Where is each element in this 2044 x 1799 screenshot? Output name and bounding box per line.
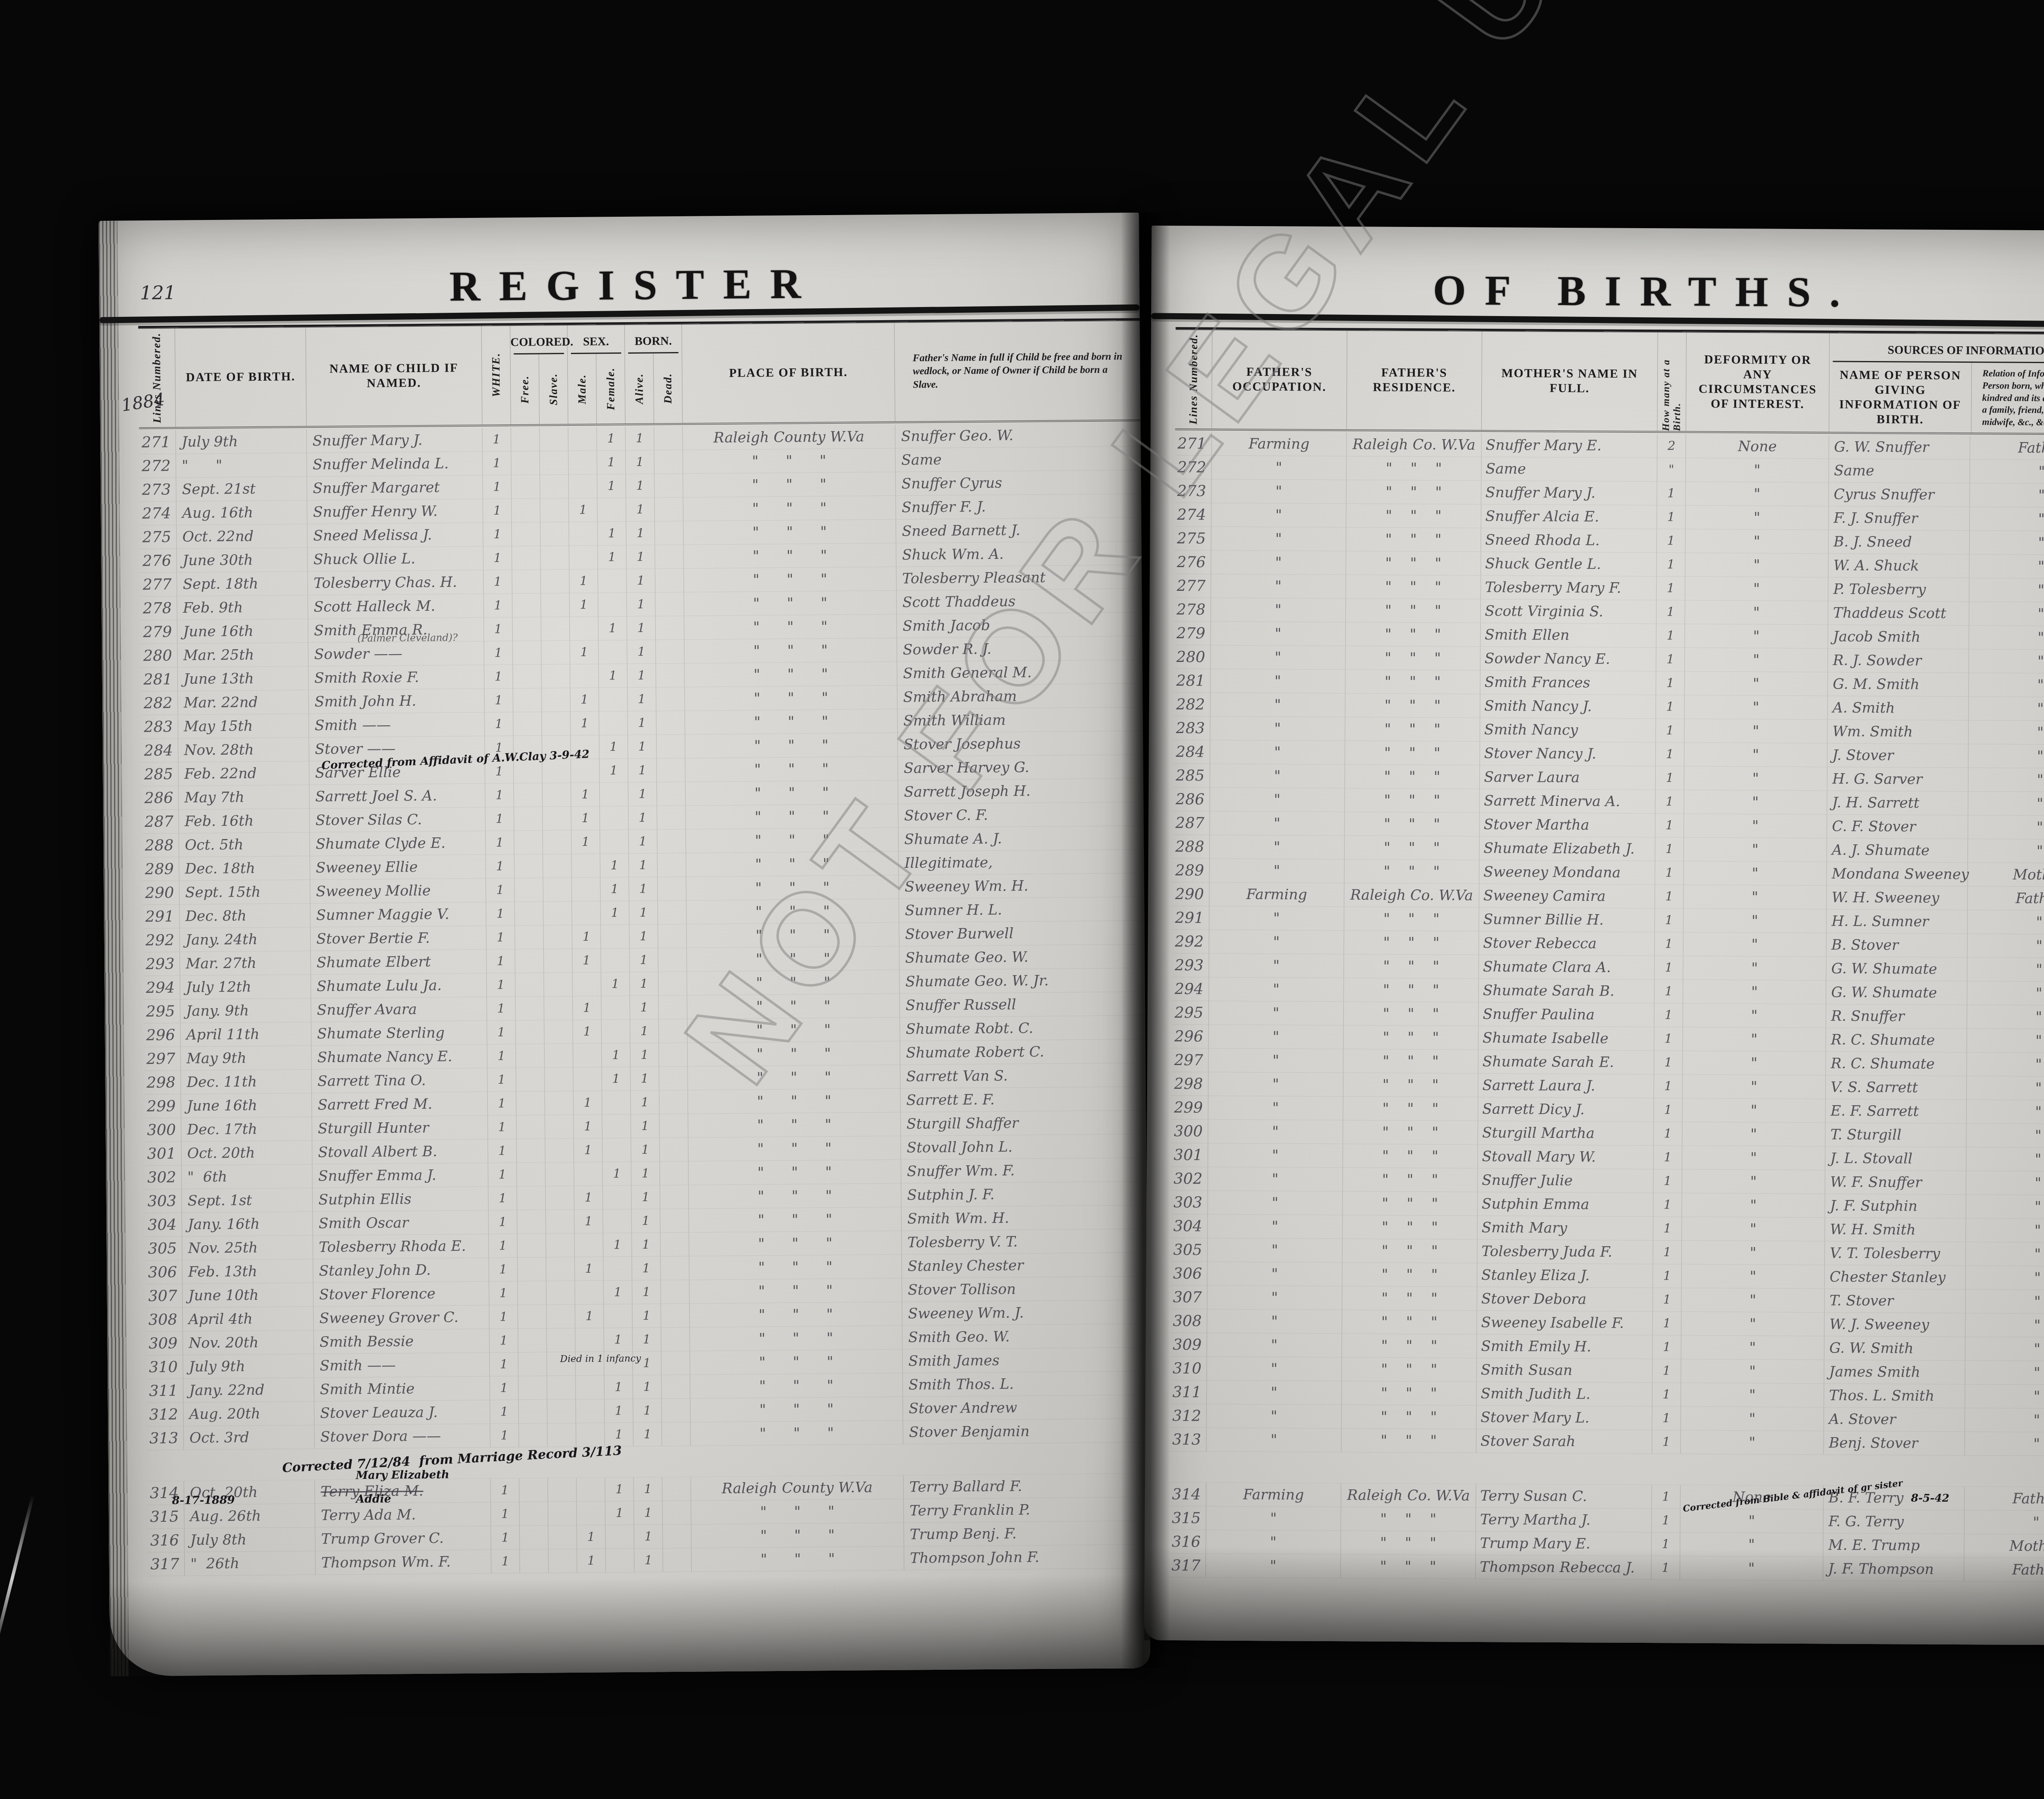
cell-child-name: Stover Florence — [313, 1282, 489, 1306]
cell-father-residence: " " " — [1345, 765, 1480, 789]
date-text: Aug. 26th — [190, 1508, 261, 1525]
date-text: June 30th — [182, 552, 253, 569]
cell-child-name: Sowder —— — [308, 642, 484, 666]
cell-white-mark: 1 — [489, 1305, 518, 1329]
cell-how-many-at-birth: 1 — [1657, 529, 1685, 552]
cell-how-many-at-birth: 1 — [1656, 790, 1684, 813]
cell-alive-mark: 1 — [625, 426, 654, 450]
cell-female-mark — [603, 1209, 632, 1233]
cell-child-name: Sumner Maggie V. — [310, 902, 486, 927]
cell-child-name: Snuffer Margaret — [307, 476, 483, 500]
cell-alive-mark: 1 — [632, 1304, 661, 1328]
cell-father-name: Snuffer Geo. W. — [895, 423, 1141, 448]
cell-deformity: " — [1682, 1193, 1825, 1218]
cell-line-number: 275 — [140, 525, 177, 549]
cell-free-mark — [511, 499, 540, 523]
date-text: Feb. 9th — [183, 599, 243, 616]
cell-child-name: Shumate Sterling — [311, 1021, 487, 1045]
cell-alive-mark: 1 — [632, 1256, 661, 1280]
cell-father-residence: Raleigh Co. W.Va — [1347, 433, 1481, 457]
cell-line-number: 302 — [145, 1166, 182, 1189]
cell-slave-mark — [540, 427, 568, 451]
cell-deformity: " — [1683, 1027, 1826, 1052]
cell-line-number: 288 — [142, 834, 179, 857]
column-header-informant-name: NAME OF PERSON GIVING INFORMATION OF BIR… — [1829, 362, 1972, 433]
cell-place-of-birth: " " " — [689, 1231, 902, 1256]
cell-how-many-at-birth: 1 — [1657, 482, 1686, 505]
cell-date-of-birth: July 9th — [176, 429, 307, 454]
child-name-text: Tolesberry Rhoda E. — [319, 1238, 466, 1256]
cell-free-mark — [518, 1258, 546, 1281]
cell-place-of-birth: " " " — [690, 1302, 902, 1327]
cell-alive-mark: 1 — [633, 1375, 661, 1399]
cell-informant-name: G. W. Shumate — [1826, 980, 1967, 1005]
cell-free-mark — [518, 1234, 546, 1258]
cell-female-mark: 1 — [602, 1043, 630, 1067]
cell-white-mark: 1 — [486, 902, 515, 926]
cell-father-occupation: " — [1210, 669, 1345, 693]
cell-deformity: " — [1682, 1241, 1825, 1265]
cell-dead-mark — [657, 758, 685, 782]
cell-informant-name: P. Tolesberry — [1828, 577, 1969, 601]
cell-male-mark: 1 — [569, 569, 598, 593]
cell-father-occupation: " — [1207, 1357, 1342, 1381]
cell-alive-mark: 1 — [630, 996, 659, 1019]
child-name-text: Shumate Clyde E. — [316, 835, 446, 852]
cell-alive-mark: 1 — [633, 1422, 662, 1446]
cell-child-name: Smith Mintie — [314, 1377, 490, 1401]
cell-female-mark: 1 — [602, 1067, 630, 1091]
cell-mother-name: Snuffer Mary J. — [1481, 481, 1657, 505]
cell-deformity: " — [1684, 861, 1827, 886]
child-name-text: Sturgill Hunter — [318, 1119, 429, 1137]
cell-date-of-birth: Nov. 20th — [183, 1330, 314, 1355]
cell-informant-relation: " — [1967, 958, 2044, 982]
cell-date-of-birth: July 9th — [183, 1354, 314, 1379]
cell-free-mark — [518, 1376, 547, 1400]
cell-alive-mark: 1 — [630, 972, 659, 996]
book-gutter-shadow — [1121, 213, 1170, 1668]
cell-line-number: 287 — [142, 810, 179, 834]
cell-child-name: Smith Oscar — [313, 1211, 489, 1235]
cell-child-name: Stover Dora —— — [314, 1424, 490, 1449]
cell-slave-mark — [544, 949, 572, 973]
cell-informant-name: W. H. Smith — [1825, 1218, 1966, 1242]
cell-father-occupation: " — [1208, 1214, 1342, 1238]
cell-date-of-birth: Dec. 8th — [179, 904, 310, 928]
cell-father-residence: " " " — [1345, 859, 1479, 884]
column-header-date-of-birth: DATE OF BIRTH. — [175, 327, 307, 427]
cell-free-mark — [518, 1329, 547, 1353]
cell-deformity: " — [1681, 1265, 1824, 1289]
cell-mother-name: Shumate Elizabeth J. — [1479, 837, 1655, 861]
cell-child-name: Snuffer Henry W. — [307, 499, 483, 524]
cell-slave-mark — [546, 1257, 575, 1281]
cell-mother-name: Sarrett Laura J. — [1478, 1074, 1654, 1098]
cell-male-mark: 1 — [570, 688, 599, 711]
cell-date-of-birth: " " — [176, 453, 307, 478]
cell-child-name: Sarrett Joel S. A. — [309, 784, 485, 808]
cell-dead-mark — [658, 924, 687, 948]
cell-slave-mark — [542, 688, 570, 712]
cell-father-occupation: " — [1208, 1167, 1343, 1191]
cell-line-number: 271 — [1175, 432, 1212, 455]
cell-deformity: " — [1683, 1051, 1826, 1075]
date-text: July 8th — [190, 1532, 247, 1548]
cell-child-name: Tolesberry Rhoda E. — [313, 1234, 489, 1259]
cell-free-mark — [513, 689, 542, 712]
cell-white-mark: 1 — [484, 570, 512, 594]
cell-free-mark — [514, 807, 542, 831]
cell-female-mark: 1 — [599, 759, 628, 783]
cell-slave-mark — [544, 1020, 573, 1044]
cell-father-name: Sutphin J. F. — [901, 1182, 1147, 1207]
column-header-alive: Alive. — [625, 353, 654, 424]
cell-male-mark — [575, 1281, 603, 1304]
cell-line-number: 277 — [140, 573, 177, 597]
register-row: 317"" " "Thompson Rebecca J.1"J. F. Thom… — [1169, 1554, 2044, 1582]
cell-line-number: 310 — [1170, 1357, 1207, 1380]
cell-father-occupation: " — [1209, 1025, 1344, 1049]
cell-date-of-birth: Dec. 18th — [179, 856, 310, 881]
cell-line-number: 306 — [146, 1261, 182, 1284]
cell-line-number: 312 — [147, 1403, 184, 1427]
cell-father-residence: " " " — [1344, 954, 1479, 978]
cell-line-number: 317 — [1169, 1554, 1206, 1577]
cell-free-mark — [517, 1139, 545, 1163]
child-name-text: Smith Bessie — [319, 1333, 414, 1350]
cell-mother-name: Sweeney Mondana — [1479, 860, 1655, 884]
cell-how-many-at-birth: 1 — [1652, 1430, 1681, 1454]
cell-how-many-at-birth: 1 — [1657, 505, 1685, 529]
cell-how-many-at-birth: 1 — [1654, 956, 1683, 979]
cell-how-many-at-birth: 1 — [1656, 766, 1684, 790]
cell-white-mark: 1 — [488, 1092, 516, 1115]
cell-informant-name: G. M. Smith — [1828, 672, 1969, 696]
cell-informant-relation: " — [1968, 934, 2044, 958]
cell-deformity: None — [1686, 435, 1829, 459]
cell-date-of-birth: Jany. 24th — [180, 927, 311, 952]
cell-slave-mark — [541, 593, 569, 617]
cell-line-number: 299 — [144, 1095, 181, 1118]
cell-line-number: 291 — [143, 905, 179, 929]
cell-father-occupation: " — [1207, 1309, 1342, 1333]
cell-date-of-birth: Nov. 25th — [182, 1236, 313, 1260]
cell-place-of-birth: " " " — [689, 1207, 901, 1232]
cell-how-many-at-birth: 1 — [1655, 861, 1684, 884]
cell-informant-name: J. H. Sarrett — [1827, 791, 1968, 815]
cell-father-residence: " " " — [1345, 717, 1480, 741]
cell-dead-mark — [657, 711, 685, 735]
cell-female-mark: 1 — [599, 735, 628, 759]
cell-deformity: " — [1683, 956, 1826, 980]
column-header-female: Female. — [596, 354, 625, 424]
cell-child-name: Stanley John D. — [313, 1258, 489, 1283]
cell-informant-name: A. Smith — [1828, 696, 1969, 720]
cell-mother-name: Stover Rebecca — [1479, 931, 1655, 956]
cell-line-number: 272 — [1175, 455, 1212, 479]
date-text: Oct. 20th — [187, 1145, 255, 1162]
cell-informant-relation: Father — [1965, 1487, 2044, 1511]
child-name-text: Scott Halleck M. — [314, 598, 435, 615]
child-name-text: Stover Leauza J. — [320, 1404, 438, 1421]
cell-place-of-birth: " " " — [686, 852, 899, 877]
cell-mother-name: Snuffer Julie — [1478, 1169, 1654, 1193]
cell-father-name: Terry Franklin P. — [904, 1497, 1149, 1523]
cell-slave-mark — [549, 1549, 577, 1573]
cell-white-mark: 1 — [484, 594, 512, 617]
cell-father-name: Smith Geo. W. — [902, 1324, 1148, 1349]
cell-informant-relation: " — [1969, 697, 2044, 721]
cell-informant-relation: " — [1967, 1076, 2044, 1100]
cell-place-of-birth: " " " — [688, 1160, 901, 1185]
cell-alive-mark: 1 — [631, 1138, 660, 1162]
cell-father-occupation: " — [1208, 1143, 1343, 1167]
cell-place-of-birth: " " " — [690, 1421, 903, 1446]
cell-line-number: 303 — [1171, 1191, 1208, 1214]
cell-free-mark — [516, 1115, 545, 1139]
cell-informant-name: J. L. Stovall — [1825, 1146, 1966, 1171]
cell-male-mark: 1 — [571, 806, 600, 830]
cell-slave-mark — [540, 498, 569, 522]
cell-mother-name: Smith Nancy — [1480, 718, 1656, 742]
cell-white-mark: 1 — [483, 546, 512, 570]
cell-informant-name: A. J. Shumate — [1827, 838, 1968, 862]
cell-father-residence: " " " — [1342, 1334, 1477, 1358]
cell-child-name: Snuffer Emma J. — [312, 1163, 488, 1188]
cell-mother-name: Shumate Sarah B. — [1479, 979, 1654, 1003]
cell-dead-mark — [658, 877, 686, 901]
cell-mother-name: Tolesberry Juda F. — [1477, 1240, 1653, 1264]
cell-informant-relation: " — [1966, 1266, 2044, 1290]
page-number: 121 — [140, 282, 176, 304]
cell-how-many-at-birth: 1 — [1656, 742, 1684, 766]
cell-alive-mark: 1 — [626, 498, 654, 521]
cell-line-number: 293 — [143, 952, 180, 976]
cell-free-mark — [517, 1163, 545, 1187]
cell-father-name: Smith Thos. L. — [903, 1371, 1148, 1397]
cell-father-name: Stanley Chester — [902, 1253, 1147, 1278]
cell-place-of-birth: " " " — [691, 1499, 904, 1524]
cell-dead-mark — [659, 1090, 688, 1114]
cell-father-residence: " " " — [1346, 551, 1481, 575]
cell-how-many-at-birth: 1 — [1656, 648, 1685, 671]
cell-male-mark: 1 — [573, 1020, 601, 1043]
cell-father-residence: " " " — [1346, 504, 1481, 528]
column-header-fathers-residence: FATHER'S RESIDENCE. — [1347, 330, 1482, 430]
cell-male-mark: 1 — [571, 783, 600, 806]
cell-date-of-birth: Feb. 9th — [177, 595, 308, 620]
cell-male-mark: 1 — [573, 996, 601, 1020]
cell-free-mark — [515, 926, 544, 949]
cell-child-name: Smith Emma R.(Palmer Cleveland)? — [308, 618, 484, 642]
cell-female-mark — [602, 1091, 631, 1115]
cell-father-residence: " " " — [1347, 456, 1481, 480]
cell-date-of-birth: Oct. 22nd — [177, 524, 307, 549]
cell-deformity: " — [1685, 624, 1828, 648]
cell-child-name: Sarrett Fred M. — [312, 1092, 488, 1117]
cell-father-occupation: Farming — [1209, 882, 1344, 906]
cell-free-mark — [512, 594, 541, 617]
cell-white-mark: 1 — [486, 831, 514, 855]
cell-free-mark — [519, 1400, 547, 1424]
cell-father-name: Sarrett Van S. — [900, 1063, 1145, 1088]
cell-female-mark — [603, 1257, 632, 1281]
cell-free-mark — [513, 712, 542, 736]
cell-alive-mark: 1 — [626, 450, 654, 474]
cell-line-number: 298 — [144, 1071, 181, 1095]
cell-white-mark: 1 — [489, 1210, 517, 1234]
cell-female-mark — [598, 640, 627, 664]
cell-father-name: Smith General M. — [897, 660, 1143, 685]
cell-deformity: " — [1685, 506, 1829, 530]
cell-father-name: Scott Thaddeus — [896, 589, 1142, 614]
cell-dead-mark — [659, 1043, 688, 1067]
cell-how-many-at-birth: 1 — [1653, 1193, 1682, 1216]
cell-alive-mark: 1 — [631, 1090, 659, 1114]
cell-free-mark — [512, 546, 540, 570]
cell-slave-mark — [544, 925, 572, 949]
cell-date-of-birth: Mar. 22nd — [178, 690, 309, 715]
cell-line-number: 274 — [1174, 503, 1211, 526]
cell-slave-mark — [542, 759, 571, 783]
cell-informant-name: Same — [1829, 459, 1970, 483]
cell-date-of-birth: Mar. 27th — [180, 951, 311, 976]
cell-place-of-birth: " " " — [684, 638, 897, 663]
cell-father-occupation: " — [1208, 1191, 1342, 1215]
cell-child-name: Stover Bertie F. — [311, 926, 486, 951]
cell-father-residence: " " " — [1345, 812, 1479, 836]
cell-line-number: 300 — [1171, 1119, 1208, 1143]
cell-alive-mark: 1 — [627, 569, 655, 592]
cell-father-residence: " " " — [1342, 1405, 1477, 1429]
cell-mother-name: Same — [1481, 457, 1657, 481]
cell-child-name: Smith Roxie F. — [309, 665, 484, 690]
cell-dead-mark — [656, 616, 684, 640]
cell-mother-name: Sarrett Dicy J. — [1478, 1097, 1654, 1122]
cell-line-number: 304 — [145, 1213, 182, 1237]
cell-slave-mark — [547, 1423, 576, 1447]
cell-dead-mark — [661, 1233, 689, 1256]
cell-father-residence: " " " — [1341, 1554, 1476, 1579]
cell-male-mark — [573, 1043, 602, 1067]
cell-male-mark: 1 — [570, 640, 598, 664]
cell-how-many-at-birth: 1 — [1655, 814, 1684, 837]
cell-free-mark — [516, 1068, 545, 1092]
left-table-header: Lines Numbered. DATE OF BIRTH. NAME OF C… — [138, 318, 1141, 429]
cell-line-number: 299 — [1172, 1096, 1208, 1119]
cell-alive-mark: 1 — [631, 1114, 659, 1138]
date-text: Dec. 17th — [187, 1121, 257, 1138]
cell-father-name: Snuffer Russell — [900, 992, 1145, 1017]
date-text: June 16th — [183, 623, 253, 640]
cell-father-residence: " " " — [1343, 1168, 1478, 1192]
cell-line-number: 293 — [1172, 953, 1209, 977]
child-name-text: Sweeney Mollie — [316, 882, 431, 899]
child-name-text: Stovall Albert B. — [318, 1143, 437, 1160]
cell-father-occupation: " — [1209, 930, 1344, 954]
date-text: July 9th — [189, 1358, 245, 1375]
cell-child-name: Sweeney Mollie — [310, 879, 486, 903]
cell-place-of-birth: " " " — [683, 496, 896, 521]
cell-free-mark — [518, 1305, 547, 1329]
cell-line-number: 298 — [1172, 1072, 1208, 1095]
cell-slave-mark — [543, 902, 572, 925]
cell-informant-relation: " — [1965, 1384, 2044, 1409]
cell-informant-relation: " — [1970, 507, 2044, 531]
cell-white-mark: 1 — [488, 1115, 516, 1139]
cell-slave-mark — [541, 570, 569, 593]
cell-alive-mark: 1 — [630, 924, 658, 948]
cell-dead-mark — [662, 1477, 691, 1501]
date-text: " 6th — [187, 1169, 227, 1185]
cell-slave-mark — [547, 1376, 576, 1400]
cell-date-of-birth: Oct. 5th — [179, 832, 310, 857]
cell-mother-name: Shumate Isabelle — [1479, 1026, 1654, 1050]
child-name-text: Sweeney Ellie — [316, 859, 418, 876]
cell-informant-relation: " — [1966, 1290, 2044, 1314]
cell-father-residence: " " " — [1341, 1507, 1476, 1531]
date-text: Feb. 16th — [184, 813, 253, 830]
cell-informant-name: James Smith — [1824, 1360, 1965, 1384]
column-header-male: Male. — [568, 354, 597, 424]
cell-male-mark: 1 — [575, 1304, 604, 1328]
cell-dead-mark — [654, 426, 683, 450]
column-header-fathers-occupation: FATHER'S OCCUPATION. — [1212, 329, 1347, 429]
date-text: Mar. 25th — [183, 647, 254, 664]
cell-slave-mark — [540, 451, 569, 475]
cell-place-of-birth: " " " — [683, 472, 896, 497]
cell-female-mark: 1 — [597, 451, 626, 474]
cell-child-name: Snuffer Melinda L. — [307, 452, 483, 476]
cell-father-occupation: Farming — [1212, 432, 1347, 456]
cell-mother-name: Smith Emily H. — [1477, 1335, 1653, 1359]
cell-slave-mark — [545, 1115, 574, 1139]
cell-informant-relation: Mother — [1968, 863, 2044, 887]
cell-female-mark: 1 — [603, 1233, 632, 1257]
child-name-text: Stover Bertie F. — [316, 930, 430, 947]
cell-father-occupation: " — [1211, 598, 1346, 622]
cell-white-mark: 1 — [484, 665, 513, 689]
cell-white-mark: 1 — [483, 451, 511, 475]
cell-date-of-birth: June 10th — [182, 1283, 313, 1308]
date-text: Dec. 8th — [185, 908, 247, 924]
cell-male-mark: 1 — [574, 1115, 602, 1138]
cell-informant-relation: " — [1970, 554, 2044, 579]
cell-slave-mark — [548, 1502, 577, 1525]
cell-informant-relation: " — [1964, 1510, 2044, 1534]
cell-father-name: Shumate Geo. W. — [899, 944, 1145, 970]
cell-line-number: 292 — [1172, 930, 1209, 953]
cell-mother-name: Stovall Mary W. — [1478, 1145, 1654, 1169]
cell-free-mark — [513, 665, 542, 689]
cell-dead-mark — [655, 592, 684, 616]
cell-line-number: 309 — [146, 1332, 183, 1355]
cell-slave-mark — [543, 854, 572, 878]
cell-deformity: " — [1685, 601, 1828, 625]
cell-date-of-birth: Sept. 1st — [182, 1188, 313, 1213]
child-name-text: Snuffer Emma J. — [318, 1167, 436, 1184]
cell-dead-mark — [663, 1548, 692, 1572]
cell-line-number: 280 — [141, 644, 177, 668]
date-text: Dec. 18th — [185, 860, 255, 877]
date-text: " 26th — [191, 1555, 240, 1572]
child-name-text: Smith Mintie — [320, 1381, 415, 1398]
cell-dead-mark — [661, 1328, 690, 1351]
cell-place-of-birth: " " " — [685, 709, 898, 734]
cell-slave-mark — [541, 641, 570, 664]
cell-female-mark: 1 — [605, 1423, 633, 1447]
